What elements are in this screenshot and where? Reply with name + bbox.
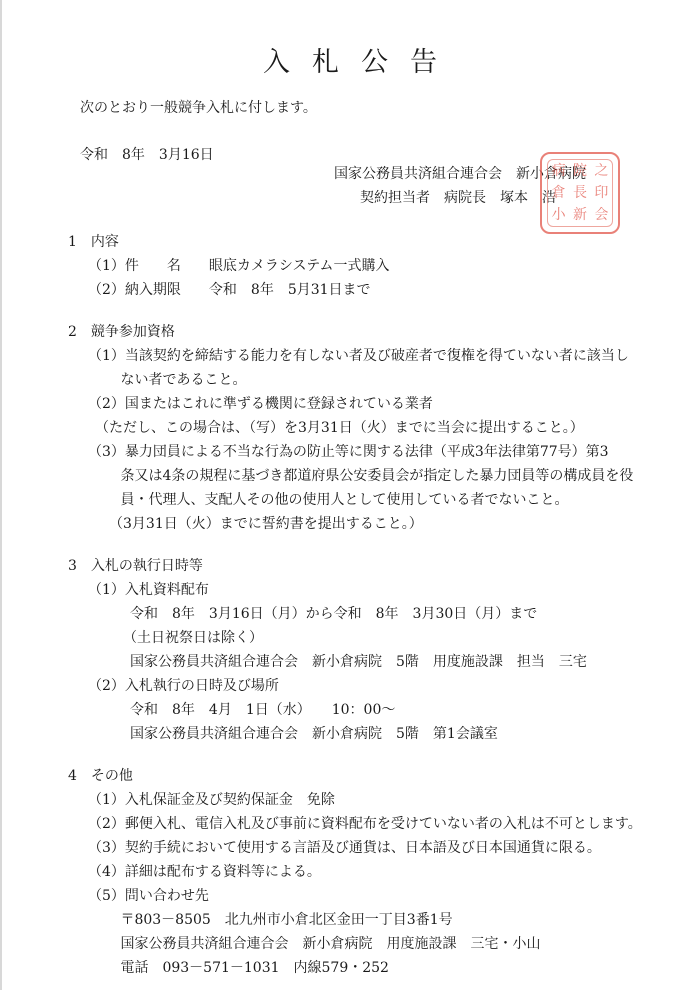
section-3-item: 国家公務員共済組合連合会 新小倉病院 5階 用度施設課 担当 三宅 bbox=[88, 652, 587, 672]
issuer-signatory: 契約担当者 病院長 塚本 浩 bbox=[360, 188, 556, 208]
section-2-item: （1）当該契約を締結する能力を有しない者及び破産者で復権を得ていない者に該当し bbox=[88, 346, 629, 366]
official-seal-stamp: 病 院 之 倉 長 印 小 新 会 bbox=[540, 152, 620, 234]
section-2-item: 員・代理人、支配人その他の使用人として使用している者でないこと。 bbox=[88, 490, 568, 510]
section-1-item: （2）納入期限 令和 8年 5月31日まで bbox=[88, 280, 371, 300]
page-edge bbox=[0, 0, 2, 990]
section-4-heading: 4 その他 bbox=[68, 766, 133, 786]
section-4-item: （1）入札保証金及び契約保証金 免除 bbox=[88, 790, 335, 810]
section-2-item: （3月31日（火）までに誓約書を提出すること。） bbox=[88, 514, 423, 534]
seal-char: 会 bbox=[591, 204, 612, 226]
section-3-item: 令和 8年 3月16日（月）から令和 8年 3月30日（月）まで bbox=[88, 604, 537, 624]
contact-address: 〒803－8505 北九州市小倉北区金田一丁目3番1号 bbox=[88, 910, 453, 930]
section-3-item: （1）入札資料配布 bbox=[88, 580, 209, 600]
seal-char: 小 bbox=[548, 204, 569, 226]
section-2-item: （2）国またはこれに準ずる機関に登録されている業者 bbox=[88, 394, 433, 414]
document-title: 入札公告 bbox=[0, 40, 700, 79]
section-2-item: （ただし、この場合は、（写）を3月31日（火）までに当会に提出すること。） bbox=[88, 418, 584, 438]
section-3-item: （2）入札執行の日時及び場所 bbox=[88, 676, 279, 696]
seal-char: 病 bbox=[548, 160, 569, 182]
section-1-heading: 1 内容 bbox=[68, 232, 119, 252]
intro-text: 次のとおり一般競争入札に付します。 bbox=[80, 98, 317, 118]
section-3-item: （土日祝祭日は除く） bbox=[88, 628, 263, 648]
issue-date: 令和 8年 3月16日 bbox=[80, 145, 214, 165]
section-2-item: （3）暴力団員による不当な行為の防止等に関する法律（平成3年法律第77号）第3 bbox=[88, 442, 609, 462]
section-4-item: （3）契約手続において使用する言語及び通貨は、日本語及び日本国通貨に限る。 bbox=[88, 838, 601, 858]
section-2-heading: 2 競争参加資格 bbox=[68, 322, 175, 342]
seal-char: 長 bbox=[569, 182, 590, 204]
contact-department: 国家公務員共済組合連合会 新小倉病院 用度施設課 三宅・小山 bbox=[88, 934, 540, 954]
section-3-item: 国家公務員共済組合連合会 新小倉病院 5階 第1会議室 bbox=[88, 724, 498, 744]
contact-phone: 電話 093－571－1031 内線579・252 bbox=[88, 958, 389, 978]
seal-char: 印 bbox=[591, 182, 612, 204]
seal-char: 新 bbox=[569, 204, 590, 226]
section-1-item: （1）件 名 眼底カメラシステム一式購入 bbox=[88, 256, 390, 276]
seal-char: 院 bbox=[569, 160, 590, 182]
section-4-item: （5）問い合わせ先 bbox=[88, 886, 209, 906]
section-3-item: 令和 8年 4月 1日（水） 10：00～ bbox=[88, 700, 395, 720]
section-2-item: ない者であること。 bbox=[88, 370, 246, 390]
section-4-item: （2）郵便入札、電信入札及び事前に資料配布を受けていない者の入札は不可とします。 bbox=[88, 814, 642, 834]
seal-char: 倉 bbox=[548, 182, 569, 204]
seal-char: 之 bbox=[591, 160, 612, 182]
section-2-item: 条又は4条の規程に基づき都道府県公安委員会が指定した暴力団員等の構成員を役 bbox=[88, 466, 633, 486]
section-3-heading: 3 入札の執行日時等 bbox=[68, 556, 203, 576]
section-4-item: （4）詳細は配布する資料等による。 bbox=[88, 862, 321, 882]
